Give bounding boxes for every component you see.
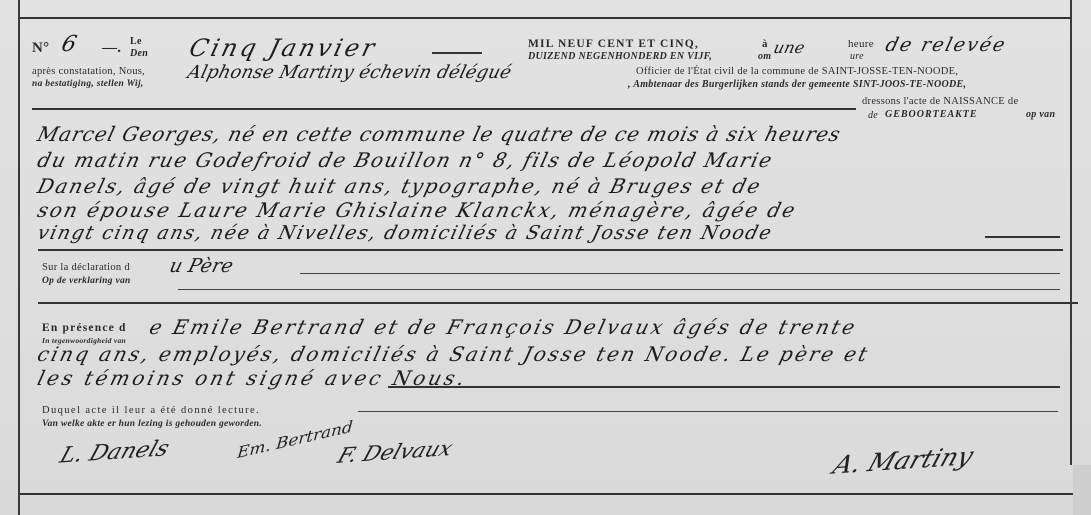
presence-line-1: e Emile Bertrand et de François Delvaux … bbox=[147, 315, 860, 339]
time-suffix-handwritten: de relevée bbox=[883, 34, 1009, 56]
reading-line bbox=[358, 411, 1058, 412]
dash: —. bbox=[102, 40, 121, 57]
declaration-line-1 bbox=[300, 273, 1060, 274]
act-nl: GEBOORTEAKTE bbox=[885, 109, 978, 120]
signature-father: L. Danels bbox=[56, 436, 172, 468]
ure-label: ure bbox=[850, 51, 864, 62]
after-nl: na bestatiging, stellen Wij, bbox=[32, 79, 144, 89]
body-rule bbox=[38, 249, 1063, 251]
year-nl: DUIZEND NEGENHONDERD EN VIJF, bbox=[528, 51, 712, 62]
register-page: N° 6 —. Le Den Cinq Janvier MIL NEUF CEN… bbox=[0, 0, 1091, 515]
entry-number: 6 bbox=[59, 32, 79, 57]
after-fr: après constatation, Nous, bbox=[32, 66, 145, 77]
act-nl-suffix: op van bbox=[1026, 109, 1055, 120]
left-border-line bbox=[18, 0, 20, 515]
top-rule bbox=[20, 17, 1070, 19]
declaration-fr: Sur la déclaration d bbox=[42, 262, 130, 273]
bottom-rule bbox=[20, 493, 1073, 495]
declaration-value: u Père bbox=[167, 255, 235, 277]
date-line bbox=[432, 52, 482, 54]
body-line-4: son épouse Laure Marie Ghislaine Klanckx… bbox=[35, 198, 799, 222]
number-label: N° bbox=[32, 40, 49, 57]
signature-officer: A. Martiny bbox=[829, 441, 977, 479]
officer-fr: Officier de l'État civil de la commune d… bbox=[636, 66, 958, 77]
declaration-rule bbox=[38, 302, 1078, 304]
body-line-3: Danels, âgé de vingt huit ans, typograph… bbox=[35, 174, 764, 198]
date-handwritten: Cinq Janvier bbox=[187, 34, 381, 62]
act-nl-prefix: de bbox=[868, 110, 878, 121]
presence-fr: En présence d bbox=[42, 322, 127, 334]
reading-nl: Van welke akte er hun lezing is gehouden… bbox=[42, 419, 262, 429]
le-label: Le bbox=[130, 36, 142, 47]
signature-witness-2: F. Delvaux bbox=[335, 436, 456, 468]
act-fr: dressons l'acte de NAISSANCE de bbox=[862, 96, 1018, 107]
body-line-5: vingt cinq ans, née à Nivelles, domicili… bbox=[35, 222, 775, 244]
body-line-2: du matin rue Godefroid de Bouillon n° 8,… bbox=[35, 148, 776, 172]
scan-edge bbox=[1073, 465, 1091, 515]
om-label: om bbox=[758, 51, 771, 62]
a-label: à bbox=[762, 38, 768, 50]
declaration-nl: Op de verklaring van bbox=[42, 276, 131, 286]
body-end-line bbox=[985, 236, 1060, 238]
body-line-1: Marcel Georges, né en cette commune le q… bbox=[35, 122, 844, 146]
year-fr: MIL NEUF CENT ET CINQ, bbox=[528, 38, 699, 50]
officer-nl: , Ambtenaar des Burgerlijken stands der … bbox=[628, 79, 966, 90]
header-rule bbox=[32, 108, 856, 110]
reading-fr: Duquel acte il leur a été donné lecture. bbox=[42, 405, 260, 416]
den-label: Den bbox=[130, 48, 148, 59]
right-border-line bbox=[1070, 0, 1072, 465]
presence-end-line bbox=[388, 386, 1060, 388]
officer-handwritten: Alphonse Martiny échevin délégué bbox=[185, 62, 513, 83]
declaration-line-2 bbox=[178, 289, 1060, 290]
heure-label: heure bbox=[848, 38, 874, 50]
hour-handwritten: une bbox=[772, 38, 807, 57]
presence-line-2: cinq ans, employés, domiciliés à Saint J… bbox=[35, 342, 872, 366]
